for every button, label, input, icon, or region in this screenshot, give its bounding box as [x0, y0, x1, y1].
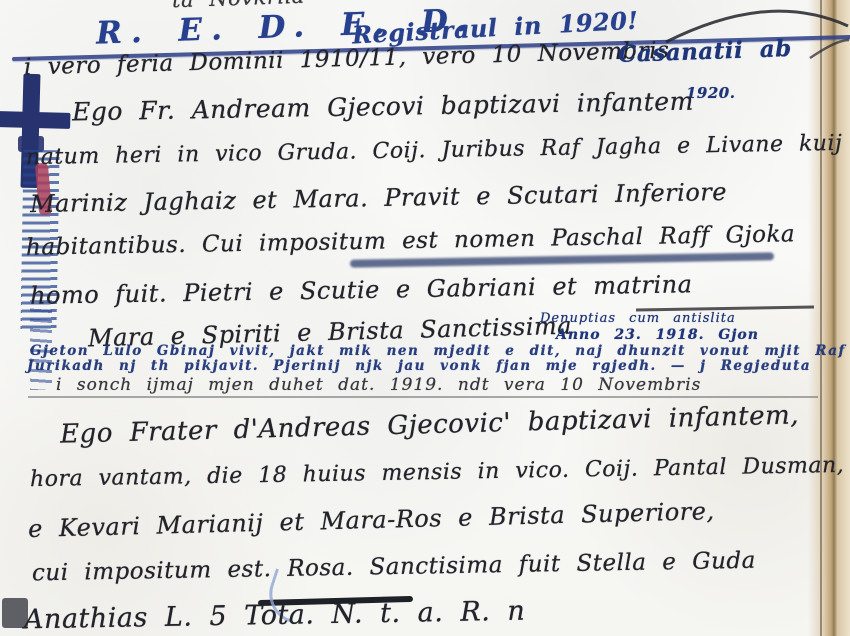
blue-annotation: Anno 23. 1918. Gjon	[556, 328, 759, 342]
page-edge-crease	[820, 0, 822, 636]
handwritten-line: homo fuit. Pietri e Scutie e Gabriani et…	[30, 272, 693, 308]
ink-underline-name	[350, 252, 774, 267]
cross-horizontal-bar	[0, 111, 70, 129]
handwritten-line: Ego Fr. Andream Gjecovi baptizavi infant…	[72, 89, 694, 125]
ink-rule-faint	[28, 396, 818, 398]
handwritten-line: Ego Frater d'Andreas Gjecovic' baptizavi…	[60, 402, 799, 447]
handwritten-line: Mariniz Jaghaiz et Mara. Pravit e Scutar…	[30, 180, 727, 216]
handwritten-line: hora vantam, die 18 huius mensis in vico…	[30, 455, 845, 491]
handwritten-line: i sonch ijmaj mjen duhet dat. 1919. ndt …	[56, 377, 701, 394]
blue-annotation: Gjeton Lulo Gbinaj vivit, jakt mik nen m…	[30, 345, 850, 359]
handwritten-line: Anathias L. 5 Tota. N. t. a. R. n	[24, 598, 526, 634]
blue-annotation: Casanatii ab	[618, 37, 792, 66]
handwritten-line: e Kevari Marianij et Mara-Ros e Brista S…	[28, 499, 715, 541]
register-page-scan: ta Novkriia R. E. D. E. D. Registraul in…	[0, 0, 850, 636]
handwritten-line: natum heri in vico Gruda. Coij. Juribus …	[26, 133, 843, 169]
blue-annotation: Jurikadh nj th pikjavit. Pjerinij njk ja…	[27, 360, 811, 374]
blue-annotation: Denuptias cum antislita	[540, 312, 736, 325]
page-edge-right	[808, 0, 850, 636]
handwritten-line: cui impositum est. Rosa. Sanctisima fuit…	[32, 550, 756, 586]
